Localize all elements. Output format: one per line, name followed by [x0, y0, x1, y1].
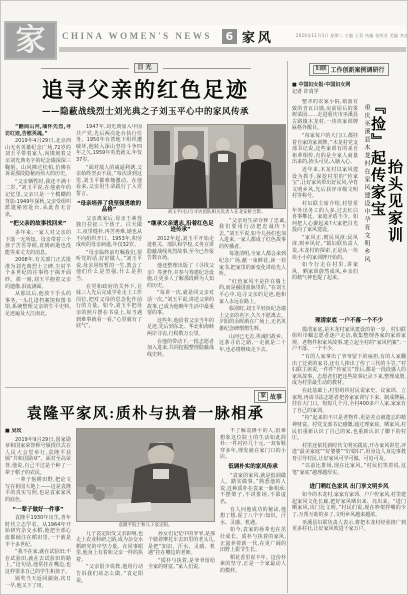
- article-paragraph: 摸清家底,是木龙村家风建设的第一步。村妇联组织巾帼志愿者逐户走访,收集整理各家的…: [292, 327, 406, 353]
- article-subhead: “继承父亲遗志,沿着红色足迹传承”: [147, 221, 214, 234]
- article-paragraph: 有人问他成功的秘诀,他想了想,说了八个字:知识、汗水、灵感、机遇。: [220, 507, 286, 527]
- article-paragraph: 如今行走在村里,讲家风、晒家训蔚然成风,乡亲们的精气神也提了起来。: [292, 262, 358, 282]
- article-paragraph: 不了解袁隆平的人,很难想象这位院士的生活如此简朴:一件衬衫几十元,一双布鞋穿多年…: [220, 428, 286, 461]
- bottom-column-1: ■ 吴玫2019年9月29日,国家勋章和国家荣誉称号颁授仪式在人民大会堂举行,袁…: [5, 428, 71, 593]
- article-paragraph: “翻阅山河,缅怀先烈,寻访红迹,告慰英魂。”: [5, 124, 71, 137]
- photo-illustration: [148, 125, 285, 208]
- article-subhead: “母亲培养了我坚强勇敢的品格”: [76, 201, 142, 214]
- bottom-subcolumns: 儿子袁定阳受父亲影响,也走上农业科研之路,成为杂交水稻研究的中坚力量。在同事眼里…: [76, 531, 215, 594]
- article-subhead: 理清家底 一户不落一个不少: [292, 318, 406, 325]
- bottom-article-kicker: 家 故事: [5, 390, 286, 403]
- article-paragraph: 孙女们记忆中的爷爷,是那个骑着摩托车去田里的老头儿,是把“知识、汗水、灵感、机遇…: [148, 531, 215, 557]
- article-paragraph: “每讲一次,就是同父亲对话一次。”刘玉平说,讲述父辈的故事,已成为他晚年生活中最…: [147, 290, 214, 316]
- right-column-text-top: 整齐的农家小院,错落有致的青瓦白墙,房前屋后的果树菜园……走进重庆市巫溪县古路镇…: [292, 99, 358, 312]
- article-paragraph: “我不在家,就在试验田;不在试验田,就在去试验田的路上。”这句话,他常挂在嘴边,…: [5, 549, 71, 575]
- bottom-column-group: 袁隆平院士和儿子袁定阳。 儿子袁定阳受父亲影响,也走上农业科研之路,成为杂交水稻…: [76, 428, 215, 593]
- main-column-2: 1947年,刘光典加入中国共产党,先后两次赴台执行任务。1950年台湾地下组织遭…: [76, 124, 142, 388]
- main-photo-caption: 刘玉平(右)与寻访团队相关负责人在北安桥合影。: [147, 210, 286, 216]
- newspaper-page: 家 CHINA WOMEN'S NEWS 6 家风 2020年11月3日 星期二…: [0, 0, 408, 595]
- bottom-column-3: 孙女们记忆中的爷爷,是那个骑着摩托车去田里的老头儿,是把“知识、汗水、灵感、机遇…: [148, 531, 215, 594]
- article-paragraph: 在此基础上,村里组织村民说家史、议家训、立家规,再请书法志愿者把各家家训写下来、…: [292, 388, 406, 414]
- article-paragraph: “质朴与执着,是爷爷留给全家的财富。”家人们说。: [148, 558, 215, 571]
- bottom-column-2: 儿子袁定阳受父亲影响,也走上农业科研之路,成为杂交水稻研究的中坚力量。在同事眼里…: [76, 531, 143, 594]
- article-subhead: “把父亲的故事找回来”: [5, 221, 71, 228]
- main-photo-three-men: [147, 124, 286, 209]
- article-paragraph: 巫溪县妇联负责人表示,将把木龙村经验推广到更多村社,让好家风吹进千家万户。: [292, 520, 406, 533]
- right-column-text-bottom: 进门晒红色家风 出门享文明乡风如今的木龙村,家家有家训、户户传家风,村里建起家风…: [292, 481, 406, 534]
- main-column-1: “翻阅山河,缅怀先烈,寻访红迹,告慰英魂。”2019年4月29日,北京西山无名英…: [5, 124, 71, 388]
- header-bar: CHINA WOMEN'S NEWS 6 家风 2020年11月3日 星期二 主…: [59, 25, 406, 47]
- header-band: [59, 47, 406, 52]
- main-column-3: “继承父亲遗志,沿着红色足迹传承”2012年起,刘玉平开始走进机关、部队和学校,…: [147, 218, 214, 389]
- article-paragraph: 村妇联主席介绍,村里常年外出务工的人多,过去红白喜事攀比、家庭矛盾不少。如何把人…: [292, 201, 358, 234]
- right-kicker-label: 妇联 工作创新案例调研行: [309, 63, 388, 76]
- article-paragraph: 袁隆平1930年出生,青年时代立志学农。从1964年开始研究杂交水稻,他把全部心…: [5, 515, 71, 548]
- main-deck: ——隐蔽战线烈士刘光典之子刘玉平心中的家风传承: [5, 105, 286, 117]
- article-paragraph: 颁奖当天返回湖南,次日一早,他又下了田。: [5, 576, 71, 589]
- article-paragraph: 临别时,刘玉平轻抚纪念墙上父亲的名字,久久不愿离去。夕阳的余晖洒在广场上,无名英…: [219, 306, 286, 332]
- article-subhead: 进门晒红色家风 出门享文明乡风: [292, 484, 406, 491]
- article-paragraph: 每逢清明,全家人都会来到纪念广场,献一束鲜花,读一封家书,把家里的新变化讲给先人…: [219, 251, 286, 277]
- article-paragraph: “面对敌人的威逼利诱,父亲始终坚贞不屈。”每次讲到这里,刘玉平都难掩激动。在他看…: [76, 165, 142, 198]
- article-paragraph: 在他的带动下,一批志愿者加入进来,共同挖掘整理隐蔽战线史料。: [147, 339, 214, 359]
- article-paragraph: 2019年4月29日,北京西山无名英雄纪念广场,72岁的刘玉平带着家人,向镌刻着…: [5, 138, 71, 178]
- main-subcolumns: “继承父亲遗志,沿着红色足迹传承”2012年起,刘玉平开始走进机关、部队和学校,…: [147, 218, 286, 389]
- right-kicker-text: 工作创新案例调研行: [331, 65, 385, 74]
- article-paragraph: 近年来,木龙村以家风建设为抓手,深挖村里的“传家宝”,让好家风带出好民风,孕育文…: [292, 167, 358, 200]
- bottom-columns: ■ 吴玫2019年9月29日,国家勋章和国家荣誉称号颁授仪式在人民大会堂举行,袁…: [5, 428, 286, 593]
- section-logo-box: 家: [4, 21, 57, 60]
- article-paragraph: 2012年起,刘玉平开始走进机关、部队和学校,义务宣讲隐蔽战线英烈故事,至今已作…: [147, 236, 214, 262]
- article-paragraph: “家风正,则民风淳;民风淳,则乡风好。”镇妇联负责人说,木龙村的探索,正是从一块…: [292, 235, 358, 261]
- right-column-text-mid: 理清家底 一户不落一个不少摸清家底,是木龙村家风建设的第一步。村妇联组织巾帼志愿…: [292, 315, 406, 478]
- bottom-headline: 袁隆平家风:质朴与执着一脉相承: [5, 405, 286, 423]
- bottom-photo-caption: 袁隆平院士和儿子袁定阳。: [76, 523, 215, 529]
- article-paragraph: 这些年,他沿着父亲当年的足迹,先后到东北、华北和海峡两岸寻访,行程数万公里。: [147, 318, 214, 338]
- vertical-rule: [287, 61, 288, 593]
- bottom-article: 家 故事 袁隆平家风:质朴与执着一脉相承 ■ 吴玫2019年9月29日,国家勋章…: [5, 390, 286, 593]
- article-paragraph: 整齐的农家小院,错落有致的青瓦白墙,房前屋后的果树菜园……走进重庆市巫溪县古路镇…: [292, 99, 358, 132]
- bottom-kicker-text: 故事: [270, 392, 282, 401]
- main-column-group: 刘玉平(右)与寻访团队相关负责人在北安桥合影。 “继承父亲遗志,沿着红色足迹传承…: [147, 124, 286, 388]
- article-paragraph: “以前比排场,现在比家风。”村民们笑着说,这笔“家底”越理越厚实。: [292, 463, 406, 476]
- article-paragraph: 如今,袁家的孙辈也在茁壮成长。质朴与执着的家风,正滋养着新一代,在更广阔的田野上…: [220, 527, 286, 553]
- masthead-english: CHINA WOMEN'S NEWS: [62, 31, 212, 41]
- dateline: 2020年11月3日 星期二 主编 王蓓 执编 张明芳 美编 李凌 校对 志飞: [296, 33, 408, 39]
- bottom-kicker-label: 家 故事: [254, 390, 286, 403]
- right-byline-reporter: 记者 许真学: [292, 89, 406, 96]
- article-paragraph: 山河已无恙,英魂归故乡。这条寻访之路,一走就是二十年,也必将继续走下去。: [219, 334, 286, 354]
- main-article: 目光 追寻父亲的红色足迹 ——隐蔽战线烈士刘光典之子刘玉平心中的家风传承 “翻阅…: [5, 63, 286, 388]
- article-paragraph: 从那以后,他放下手头的事务,一头扎进档案馆和图书馆,系统整理父亲的生平史料,足迹…: [5, 291, 71, 317]
- article-paragraph: “父亲用生命诠释了忠诚,我们要用行动把忠诚传下去。”刘玉平说,如今儿孙们也加入进…: [219, 218, 286, 251]
- main-columns: “翻阅山河,缅怀先烈,寻访红迹,告慰英魂。”2019年4月29日,北京西山无名英…: [5, 124, 286, 388]
- article-paragraph: 村里还依托新时代文明实践站,开办家风讲堂,评选“最美家庭”“好婆婆”“好媳妇”,…: [292, 443, 406, 463]
- main-headline: 追寻父亲的红色足迹: [5, 78, 286, 102]
- bottom-column-4: 不了解袁隆平的人,很难想象这位院士的生活如此简朴:一件衬衫几十元,一双布鞋穿多年…: [220, 428, 286, 593]
- article-paragraph: 一辈子躬耕田野,把论文写在祖国大地上——这是袁隆平的真实写照,也是袁家家风的底色…: [5, 477, 71, 503]
- article-paragraph: “捡”起来的不只是老物件,更是差点被遗忘的精神财富。村党支部书记感慨,通过理家底…: [292, 415, 406, 441]
- right-top-row: 整齐的农家小院,错落有致的青瓦白墙,房前屋后的果树菜园……走进重庆市巫溪县古路镇…: [292, 99, 406, 312]
- kicker-line-left: [41, 68, 129, 69]
- page-number-box: 6: [222, 29, 237, 44]
- kicker-label: 目光: [134, 63, 158, 73]
- article-paragraph: “有的人家拿出了爷爷留下的扁担,有的人家翻出了泛黄的家书,还有人捧出了传了三代的…: [292, 354, 406, 387]
- article-paragraph: 2019年9月29日,国家勋章和国家荣誉称号颁授仪式在人民大会堂举行,袁隆平获颁…: [5, 437, 71, 477]
- main-article-kicker: 目光: [41, 63, 251, 73]
- article-paragraph: 他还整理出版了《寻找父亲》等著作,并参与筹建纪念设施,让更多人了解那段鲜为人知的…: [147, 263, 214, 289]
- article-paragraph: “父亲牺牲时,我还不满十二岁。”刘玉平说,在他童年的记忆里,父亲只是一个模糊的背…: [5, 179, 71, 219]
- article-paragraph: “母亲临终前叮嘱我们,要听党的话,好好做人。”刘玉平说,母亲用短暂的一生,教会了…: [76, 250, 142, 283]
- article-paragraph: ■ 吴玫: [5, 428, 71, 435]
- right-kicker-box: 妇联: [313, 65, 328, 74]
- article-paragraph: 稻花香里说丰年。这份朴素的坚守,正是一个家最动人的模样。: [220, 555, 286, 575]
- right-article-kicker: 妇联 工作创新案例调研行: [292, 63, 406, 76]
- article-subhead: 低调朴实的家风传承: [220, 464, 286, 471]
- article-paragraph: 1947年,刘光典加入中国共产党,先后两次赴台执行任务。1950年台湾地下组织遭…: [76, 124, 142, 164]
- bottom-kicker-box: 家: [258, 392, 268, 401]
- main-column-4: “父亲用生命诠释了忠诚,我们要用行动把忠诚传下去。”刘玉平说,如今儿孙们也加入进…: [219, 218, 286, 389]
- right-vertical-headline-block: 重庆巫溪县木龙村在家风建设中孕育文明乡风 『捡』起传家宝 抬头见家训: [358, 99, 406, 312]
- article-subhead: “一辈子做好一件事”: [5, 507, 71, 514]
- article-paragraph: “父亲很少说教,他用行动告诉我们该怎么做。”袁定阳说。: [76, 564, 143, 584]
- article-paragraph: “每家每户的大门口,都挂着自家的家训牌。”木龙村党支部书记说,这些家训有的来自祖…: [292, 133, 358, 166]
- article-paragraph: 儿子袁定阳受父亲影响,也走上农业科研之路,成为杂交水稻研究的中坚力量。在同事眼里…: [76, 531, 143, 564]
- section-title: 家风: [242, 27, 274, 46]
- article-paragraph: 父亲离家后,母亲王素莲独自拉扯三个孩子。白天做工,夜里缝补,再苦再难,她也从不向…: [76, 216, 142, 249]
- photo-illustration: [77, 429, 214, 521]
- right-byline: ■ 中国妇女报·中国妇女网 记者 许真学: [292, 82, 406, 95]
- article-paragraph: 在党和政府的关怀下,兄妹三人先后完成学业走上工作岗位,把对父母的思念化作前行的力…: [76, 284, 142, 330]
- article-paragraph: “袁家的家风,就是低调做人、踏实做事。”熟悉他的人说,这种质朴在袁家一脉相承:不…: [220, 473, 286, 506]
- article-paragraph: 如今的木龙村,家家有家训、户户传家风,村里建起家风文化长廊,把好家风晒出来、亮出…: [292, 492, 406, 518]
- article-paragraph: “红色家风不是挂在墙上的,而是融进血脉里的。”在刘玉平心中,追寻父亲的足迹,他和…: [219, 279, 286, 305]
- bottom-photo-yuan-longping: [76, 428, 215, 522]
- right-vertical-title-line2: 抬头见家训: [388, 99, 405, 312]
- right-article: 妇联 工作创新案例调研行 ■ 中国妇女报·中国妇女网 记者 许真学 整齐的农家小…: [292, 63, 406, 593]
- article-paragraph: 多年来,一家人对父亲的下落一无所知。母亲带着三个孩子苦苦等候,直到病逝也没能等来…: [5, 230, 71, 256]
- article-paragraph: 2008年,有关部门正式批准为刘光典烈士立碑,尘封半个多世纪的往事终于揭开面纱。…: [5, 257, 71, 290]
- kicker-line-right: [163, 68, 251, 69]
- section-logo-char: 家: [16, 26, 46, 56]
